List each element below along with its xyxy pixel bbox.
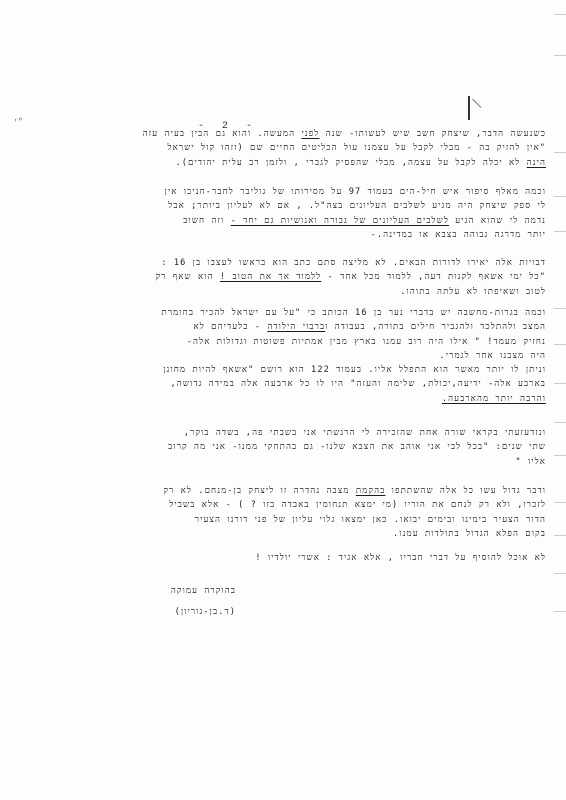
scan-edge-mark [554,231,566,232]
text-line: היה מצבנו אחר לגמרי. [100,349,546,363]
underlined-phrase: והרבה יותר מהארבעה. [442,394,546,404]
text-line: אליו " [100,455,546,469]
corner-scribble: ’” [13,117,24,128]
text-line: לטוב ושאיפתו לא עלתה בתוהו. [100,285,546,299]
text-line: המצב ולהתלכד ולהגביר חילים בתורה, בעבודה… [100,320,546,334]
text-line: לא אוכל להוסיף על דברי חבריו , אלא אגיד … [100,551,546,565]
signature: (ד.בן-גוריון) [175,606,236,617]
salutation: בהוקרה עמוקה [171,585,236,596]
paragraph: ונזדעזעתי בקראי שורה אחת שהזכירה לי הרגש… [100,426,546,469]
underlined-phrase: הינה [527,158,546,168]
pen-mark [468,96,470,120]
document-page: ’” - 2 - כשנעשה הדבר, שיצחק חשב שיש לעשו… [0,0,566,800]
paragraph: כשנעשה הדבר, שיצחק חשב שיש לעשותו- שנה ל… [100,127,546,170]
scan-edge-mark [554,308,566,309]
paragraph: וכמה מאלף סיפור איש חיל-הים בעמוד 97 על … [100,185,546,242]
underlined-phrase: ברבוי הילודה [267,322,325,332]
text-line: ודבר גדול עשו כל אלה שהשתתפו בהקמת מצבה … [100,484,546,498]
paragraph: לא אוכל להוסיף על דברי חבריו , אלא אגיד … [100,551,546,565]
text-line: והרבה יותר מהארבעה. [100,392,546,406]
text-line: "אין להזיק בה - מבלי לקבל על עצמנו עול ה… [100,141,546,155]
text-line: ונזדעזעתי בקראי שורה אחת שהזכירה לי הרגש… [100,426,546,440]
text-line: הינה לא יכלה לקבל על עצמה, מבלי שהפסיק ל… [100,156,546,170]
scan-edge-mark [554,152,566,153]
text-line: דבויות אלה יאירו לדורות הבאים. לא מליצה … [100,256,546,270]
scan-edge-mark [554,422,566,423]
scan-edge-mark [554,573,566,574]
scan-edge-mark [554,383,566,384]
underlined-phrase: לשלבים העליונים של גבורה ואנושיות גם יחד… [231,216,449,226]
text-line: שתי שנים: "בכל לבי אני אוהב את הצבא שלנו… [100,440,546,454]
paragraph: דבויות אלה יאירו לדורות הבאים. לא מליצה … [100,256,546,299]
paragraph: ודבר גדול עשו כל אלה שהשתתפו בהקמת מצבה … [100,484,546,541]
scan-edge-mark [554,455,566,456]
scan-edge-mark [554,611,566,612]
text-line: יותר מדרגה גבוהה בצבא או במדינה.- [100,228,546,242]
text-line: וכמה מאלף סיפור איש חיל-הים בעמוד 97 על … [100,185,546,199]
scan-edge-mark [554,535,566,536]
text-line: בקום הפלא הגדול בתולדות עמנו. [100,527,546,541]
text-line: וניתן לו יותר מאשר הוא התפלל אליו. בעמוד… [100,363,546,377]
text-line: לזכרו, ולא רק לנחם את הוריו (מי ימצא תנח… [100,498,546,512]
text-line: כשנעשה הדבר, שיצחק חשב שיש לעשותו- שנה ל… [100,127,546,141]
text-line: "כל ימי אשאף לקנות דעה, ללמוד מכל אחד - … [100,270,546,284]
text-line: נחזיק מעמד! " אילו היה רוב עמנו בארץ מבי… [100,335,546,349]
underlined-phrase: לפני [301,129,319,139]
scan-edge-mark [554,55,566,56]
scan-edge-mark [554,502,566,503]
underlined-phrase: ללמוד אך את הטוב ! [220,272,321,282]
text-line: נדמה לי שהוא הגיע לשלבים העליונים של גבו… [100,214,546,228]
scan-edge-mark [554,196,566,197]
scan-edge-mark [554,344,566,345]
text-line: וכמה בגרות-מחשבה יש בדברי נער בן 16 הכות… [100,306,546,320]
paragraph: וניתן לו יותר מאשר הוא התפלל אליו. בעמוד… [100,363,546,406]
text-line: בארבע אלה- ידיעה,יכולת, שלימה והעזה" היו… [100,377,546,391]
text-line: לי ספק שיצחק היה מגיע לשלבים העליונים בצ… [100,199,546,213]
scan-edge-mark [554,14,566,15]
underlined-phrase: בהקמת [356,486,386,496]
pen-mark-stroke [472,99,481,108]
text-line: הדור הצעיר בימינו ובימים יבואו. כאן ימצא… [100,513,546,527]
paragraph: וכמה בגרות-מחשבה יש בדברי נער בן 16 הכות… [100,306,546,363]
